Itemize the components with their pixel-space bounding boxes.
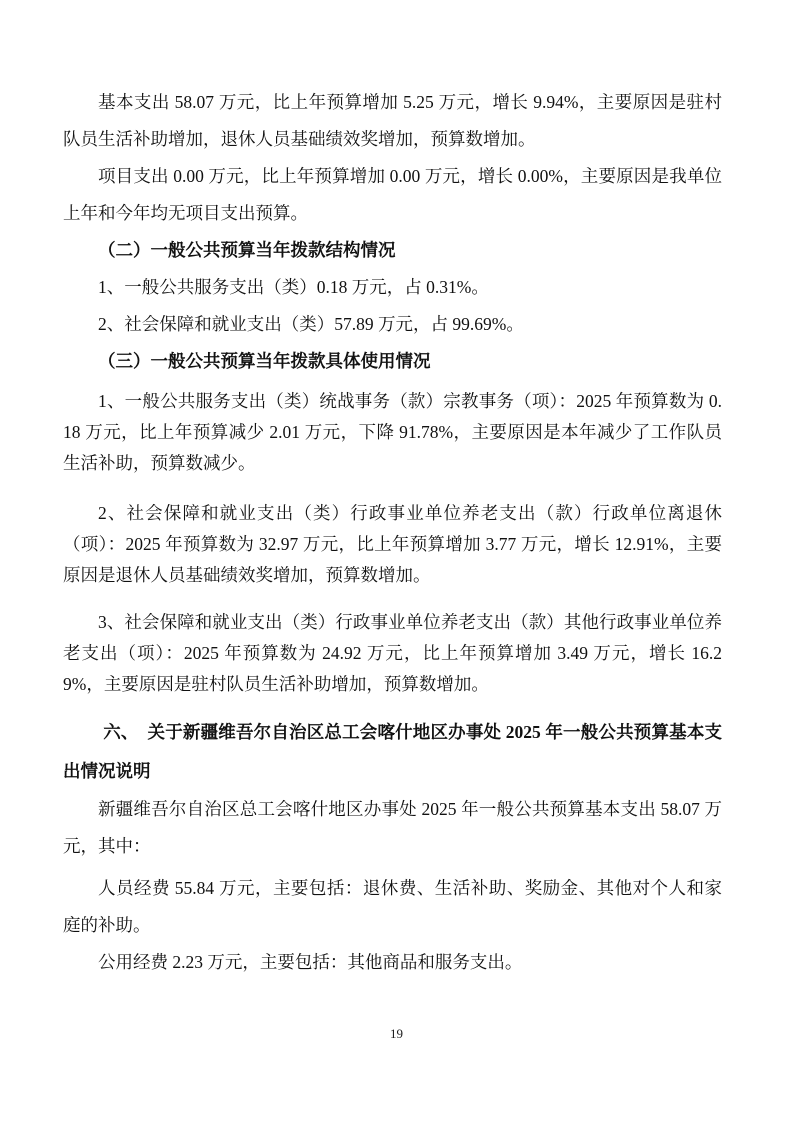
para-public-funds: 公用经费 2.23 万元，主要包括：其他商品和服务支出。 [63,944,722,981]
para-basic-total: 新疆维吾尔自治区总工会喀什地区办事处 2025 年一般公共预算基本支出 58.0… [63,791,722,865]
heading-section-3: （三）一般公共预算当年拨款具体使用情况 [63,343,722,380]
detail-item-2: 2、社会保障和就业支出（类）行政事业单位养老支出（款）行政单位离退休（项）：20… [63,498,722,591]
document-page: 基本支出 58.07 万元，比上年预算增加 5.25 万元，增长 9.94%，主… [0,0,793,1122]
list-item-structure-2: 2、社会保障和就业支出（类）57.89 万元，占 99.69%。 [63,306,722,343]
document-body: 基本支出 58.07 万元，比上年预算增加 5.25 万元，增长 9.94%，主… [63,84,722,981]
para-personnel-funds: 人员经费 55.84 万元，主要包括：退休费、生活补助、奖励金、其他对个人和家庭… [63,870,722,944]
list-item-structure-1: 1、一般公共服务支出（类）0.18 万元，占 0.31%。 [63,269,722,306]
page-number: 19 [0,1026,793,1042]
detail-item-1: 1、一般公共服务支出（类）统战事务（款）宗教事务（项）：2025 年预算数为 0… [63,386,722,479]
para-basic-expenditure: 基本支出 58.07 万元，比上年预算增加 5.25 万元，增长 9.94%，主… [63,84,722,158]
para-project-expenditure: 项目支出 0.00 万元，比上年预算增加 0.00 万元，增长 0.00%，主要… [63,158,722,232]
heading-section-2: （二）一般公共预算当年拨款结构情况 [63,232,722,269]
detail-item-3: 3、社会保障和就业支出（类）行政事业单位养老支出（款）其他行政事业单位养老支出（… [63,607,722,700]
heading-section-6: 六、 关于新疆维吾尔自治区总工会喀什地区办事处 2025 年一般公共预算基本支出… [63,713,722,791]
